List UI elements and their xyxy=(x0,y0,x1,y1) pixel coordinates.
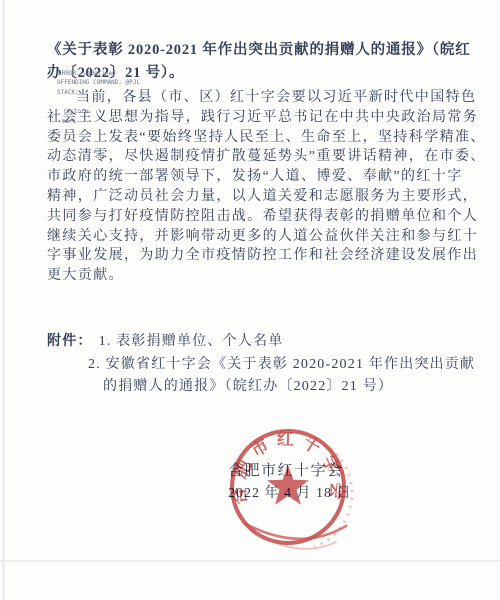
body-line: 精神，广泛动员社会力量，以人道关爱和志愿服务为主要形式， xyxy=(47,187,461,207)
scan-edge-artifact xyxy=(2,0,5,600)
document-page: 《关于表彰 2020-2021 年作出突出贡献的捐赠人的通报》（皖红 办〔202… xyxy=(0,0,500,600)
attachments-block: 附件：1. 表彰捐赠单位、个人名单 2. 安徽省红十字会《关于表彰 2020-2… xyxy=(47,331,475,399)
body-line: 更大贡献。 xyxy=(47,266,461,286)
scan-line-artifact xyxy=(0,560,500,562)
printer-error-line-1: ERROR: undefined xyxy=(58,70,116,77)
body-line: 社会主义思想为指导，践行习近平总书记在中共中央政治局常务 xyxy=(47,108,461,128)
attachment-item-2-line-2: 的捐赠人的通报》（皖红办〔2022〕21 号） xyxy=(47,376,475,399)
attachment-item-1: 附件：1. 表彰捐赠单位、个人名单 xyxy=(47,331,475,354)
signature-organization: 合肥市红十字会 xyxy=(228,459,344,480)
seal-bottom-arc xyxy=(244,523,346,539)
body-line: 委员会上发表“要始终坚持人民至上、生命至上，坚持科学精准、 xyxy=(47,128,461,148)
body-line: 市政府的统一部署领导下，发扬“人道、博爱、奉献”的红十字 xyxy=(47,167,461,187)
seal-bottom-arc-2 xyxy=(256,534,336,549)
attachments-label: 附件： xyxy=(47,334,93,349)
body-line: 当前，各县（市、区）红十字会要以习近平新时代中国特色 xyxy=(47,88,461,108)
document-title-line-1: 《关于表彰 2020-2021 年作出突出贡献的捐赠人的通报》（皖红 xyxy=(47,38,471,59)
body-paragraph: 当前，各县（市、区）红十字会要以习近平新时代中国特色 社会主义思想为指导，践行习… xyxy=(47,88,461,286)
attachment-item-1-text: 1. 表彰捐赠单位、个人名单 xyxy=(99,334,284,349)
signature-date: 2022 年 4 月 18 日 xyxy=(228,482,352,502)
body-line: 动态清零，尽快遏制疫情扩散蔓延势头”重要讲话精神，在市委、 xyxy=(47,147,461,167)
printer-error-line-2: OFFENDING COMMAND: @PJL xyxy=(57,79,140,86)
attachment-item-2-line-1: 2. 安徽省红十字会《关于表彰 2020-2021 年作出突出贡献 xyxy=(47,354,475,377)
body-line: 共同参与打好疫情防控阻击战。希望获得表彰的捐赠单位和个人 xyxy=(47,207,461,227)
body-line: 字事业发展，为助力全市疫情防控工作和社会经济建设发展作出 xyxy=(47,246,461,266)
body-line: 继续关心支持，并影响带动更多的人道公益伙伴关注和参与红十 xyxy=(47,227,461,247)
